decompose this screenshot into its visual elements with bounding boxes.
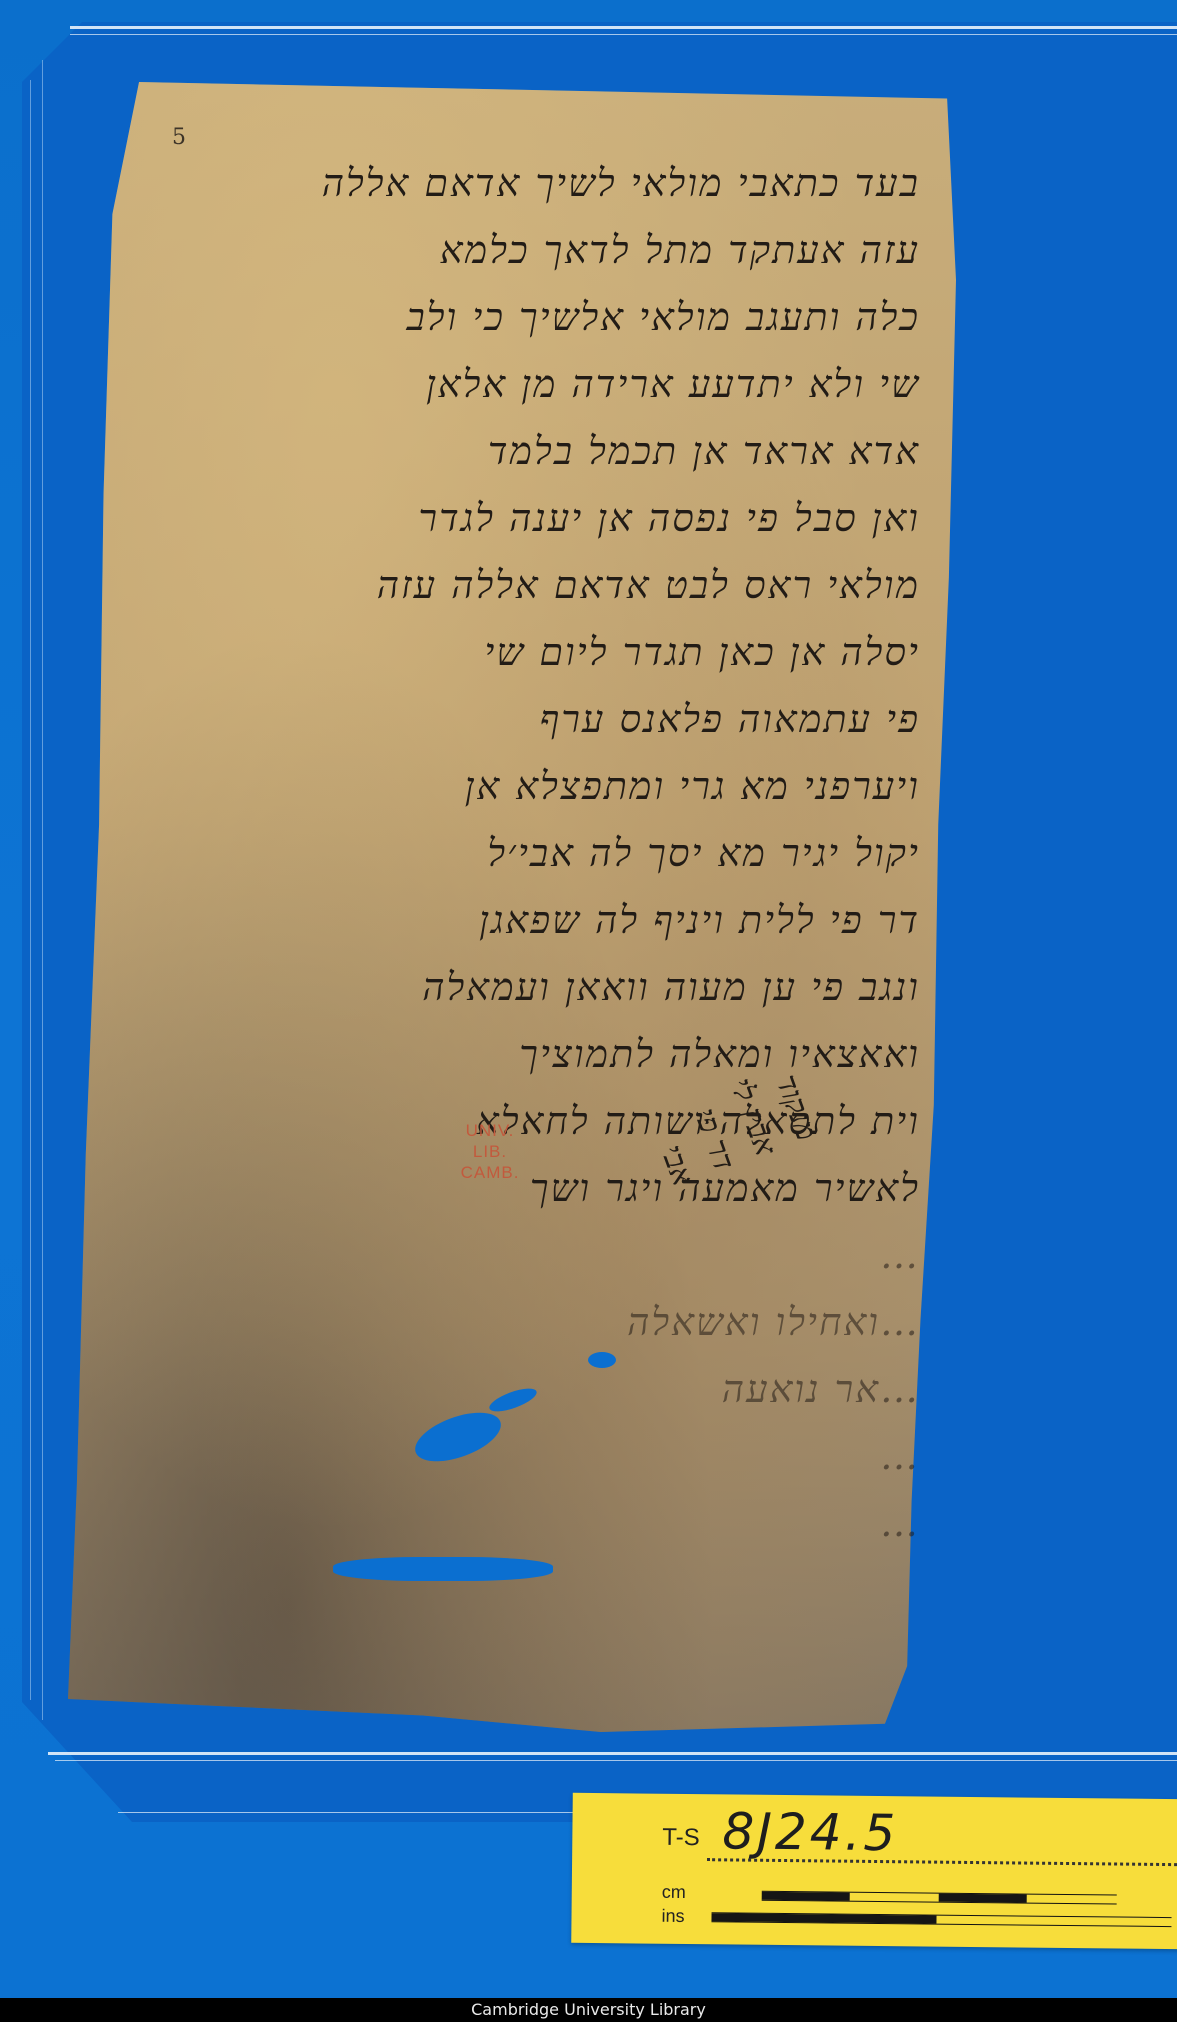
- manuscript-text: בעד כתאבי מולאי לשיך אדאם אללה עזה אעתקד…: [150, 150, 920, 1557]
- dotted-line: [707, 1858, 1177, 1866]
- sleeve-edge-left-inner: [42, 60, 43, 1720]
- text-line: אדא אראד אן תכמל בלמד: [150, 418, 920, 485]
- text-line: ויערפני מא גרי ומתפצלא אן: [150, 753, 920, 820]
- sleeve-edge-bottom-inner: [55, 1760, 1177, 1761]
- folio-number: 5: [172, 125, 186, 150]
- text-line: עזה אעתקד מתל לדאך כלמא: [150, 217, 920, 284]
- scale-bar-cm: [762, 1891, 1117, 1905]
- text-line: יקול יגיר מא יסך לה אבי׳ל: [150, 820, 920, 887]
- text-line: שי ולא יתדעע ארידה מן אלאן: [150, 351, 920, 418]
- shelfmark-label: T-S 8J24.5 cm ins: [571, 1793, 1177, 1949]
- stamp-line: LIB.: [440, 1141, 540, 1162]
- library-stamp: UNIV. LIB. CAMB.: [440, 1120, 540, 1183]
- text-line: בעד כתאבי מולאי לשיך אדאם אללה: [150, 150, 920, 217]
- shelfmark-prefix: T-S: [662, 1824, 700, 1852]
- scale-ins-label: ins: [661, 1906, 684, 1927]
- text-line: …: [150, 1423, 920, 1490]
- text-line: ואן סבל פי נפסה אן יענה לגדר: [150, 485, 920, 552]
- sleeve-edge-bottom: [48, 1752, 1177, 1755]
- text-line: מולאי ראס לבט אדאם אללה עזה: [150, 552, 920, 619]
- text-line: …ואחילו ואשאלה: [150, 1289, 920, 1356]
- stamp-line: CAMB.: [440, 1162, 540, 1183]
- shelfmark-number: 8J24.5: [722, 1802, 898, 1862]
- sleeve-edge-top-inner: [70, 34, 1177, 35]
- sleeve-edge-top: [70, 26, 1177, 29]
- text-line: …: [150, 1490, 920, 1557]
- text-line: יסלה אן כאן תגדר ליום שי: [150, 619, 920, 686]
- stamp-line: UNIV.: [440, 1120, 540, 1141]
- text-line: …אר נואעה: [150, 1356, 920, 1423]
- text-line: פי עתמאוה פלאנס ערף: [150, 686, 920, 753]
- footer-credit: Cambridge University Library: [0, 1998, 1177, 2022]
- text-line: …: [150, 1222, 920, 1289]
- scale-bar-ins: [711, 1912, 1171, 1927]
- sleeve-edge-left: [30, 80, 31, 1700]
- damage-tear: [333, 1557, 553, 1581]
- text-line: כלה ותעגב מולאי אלשיך כי ולב: [150, 284, 920, 351]
- scale-cm-label: cm: [662, 1882, 686, 1903]
- text-line: דר פי ללית ויניף לה שפאגן: [150, 887, 920, 954]
- text-line: ונגב פי ען מעוה וואאן ועמאלה: [150, 954, 920, 1021]
